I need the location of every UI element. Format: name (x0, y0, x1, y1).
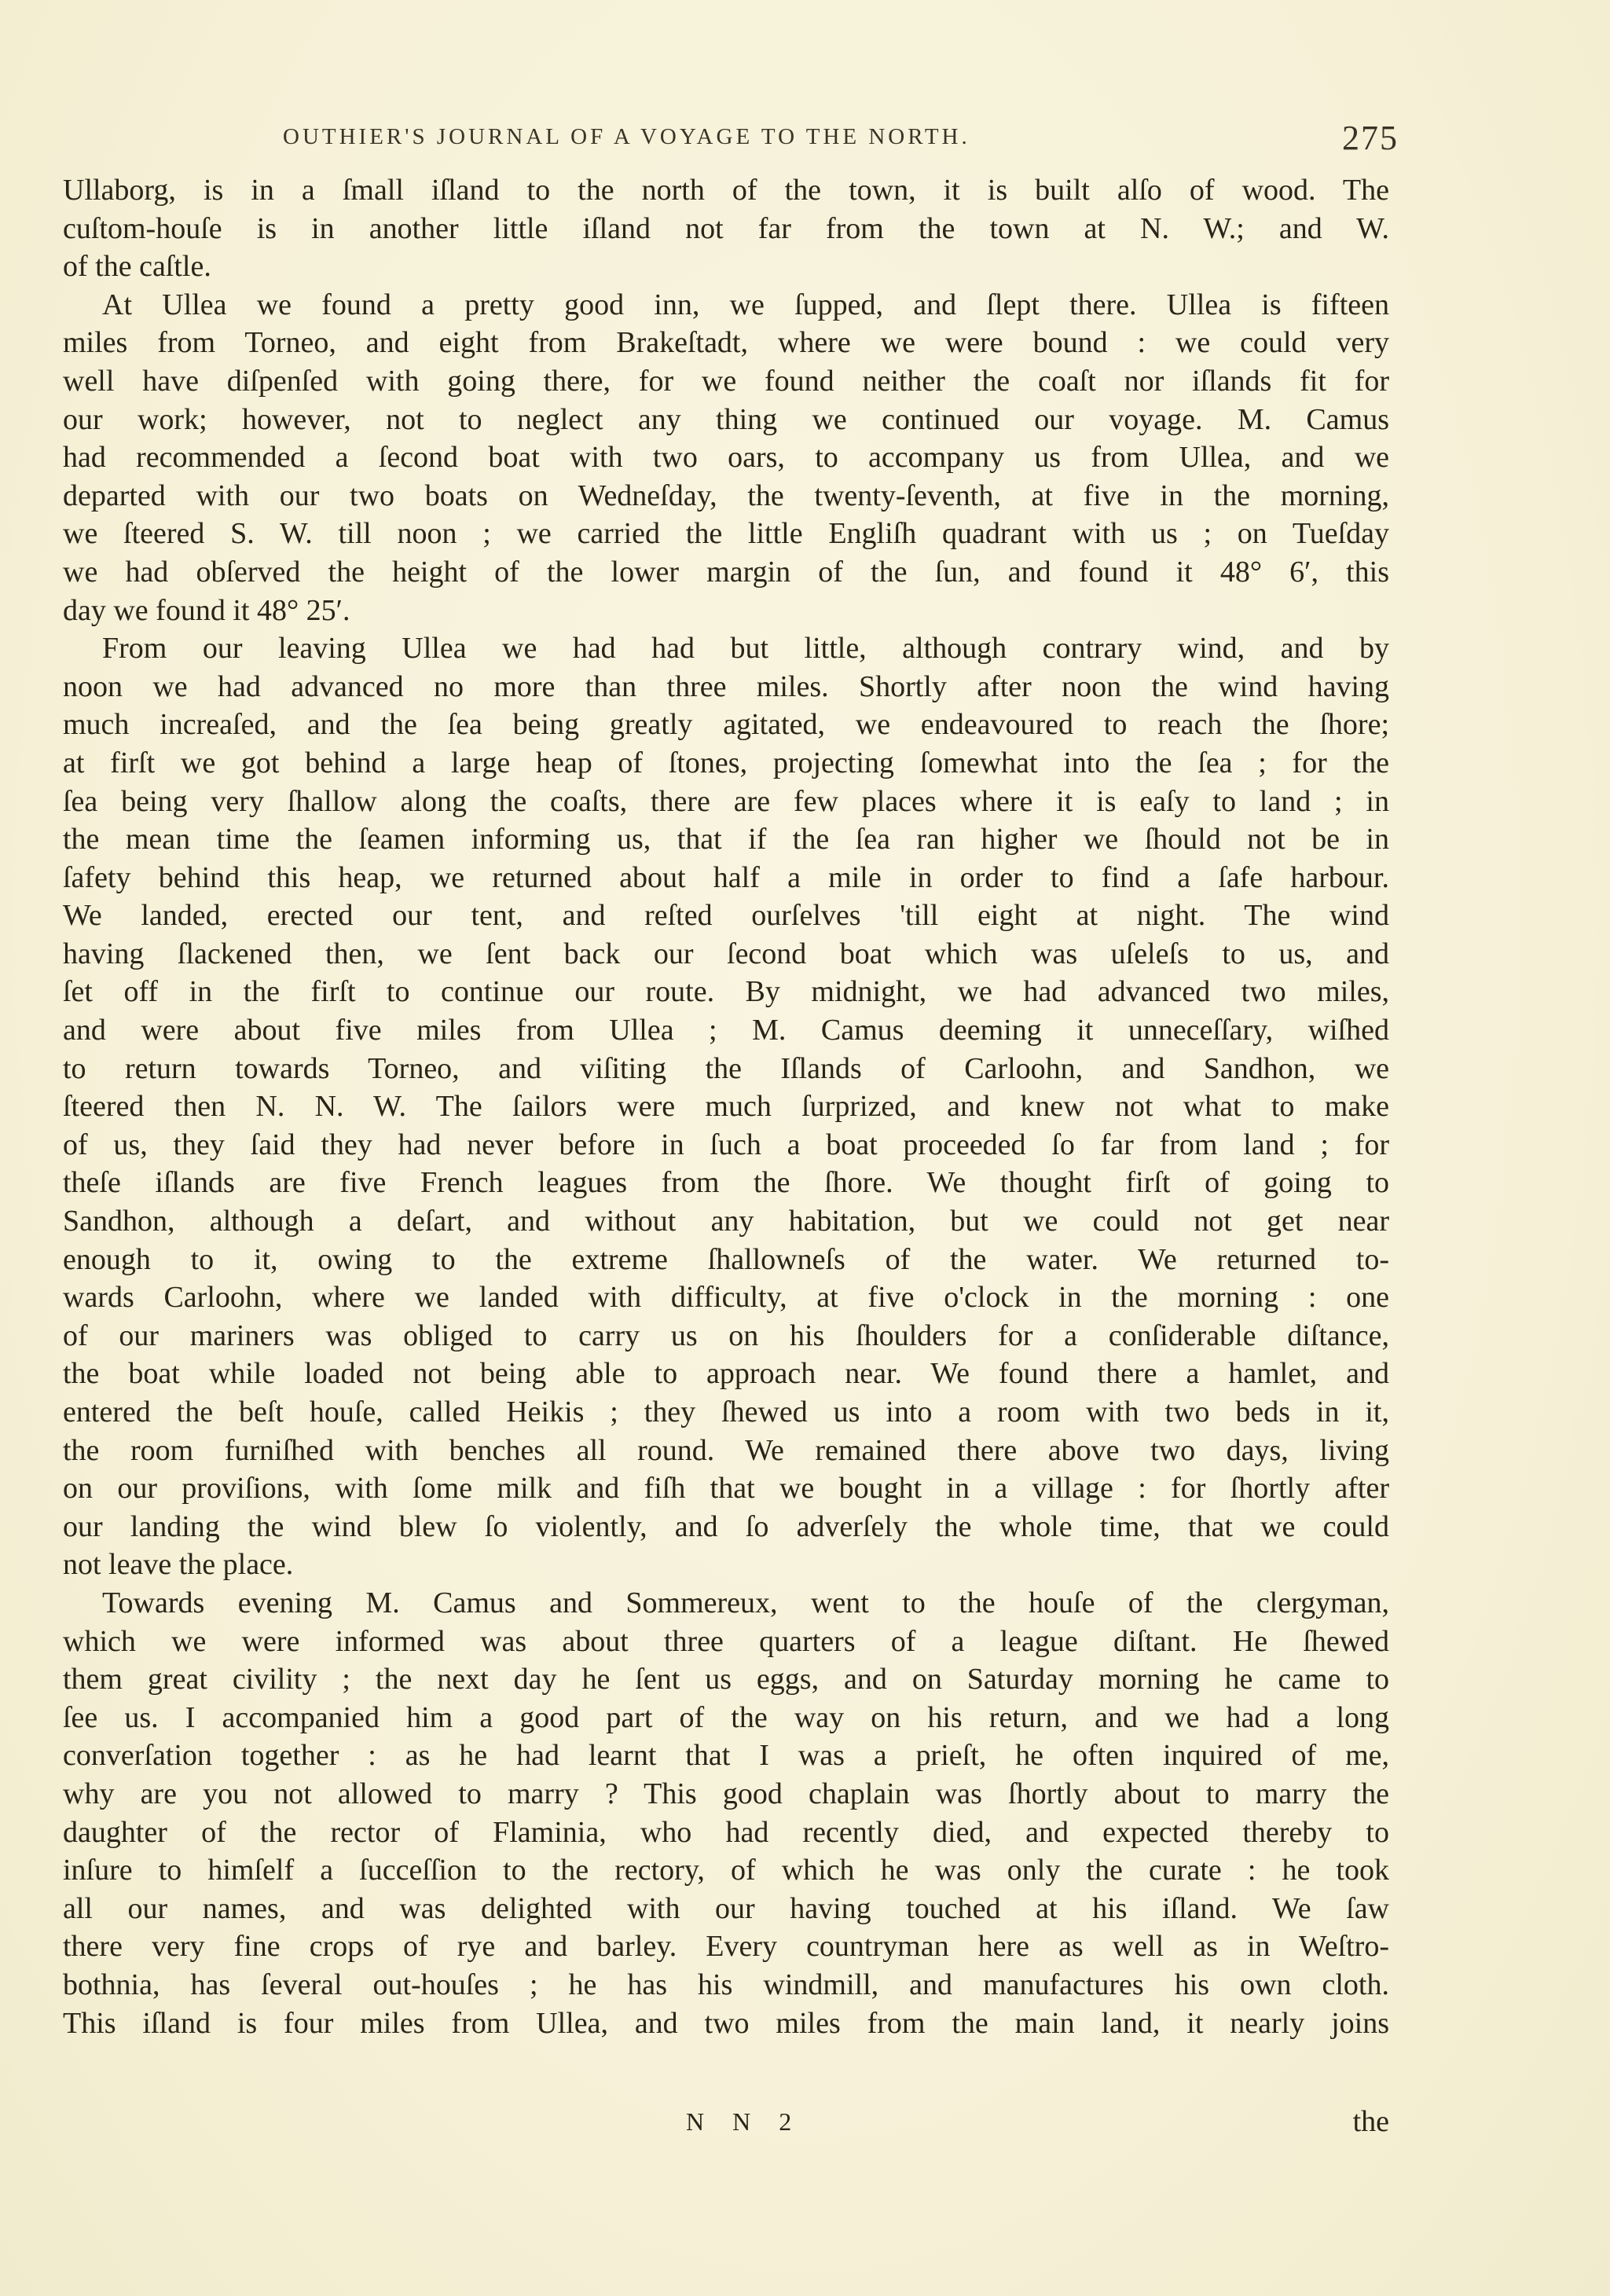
text-line: ſee us. I accompanied him a good part of… (63, 1699, 1389, 1737)
text-line: ſteered then N. N. W. The ſailors were m… (63, 1087, 1389, 1126)
text-line: theſe iſlands are five French leagues fr… (63, 1164, 1389, 1202)
running-title: OUTHIER'S JOURNAL OF A VOYAGE TO THE NOR… (283, 124, 970, 150)
text-line: on our proviſions, with ſome milk and fi… (63, 1469, 1389, 1508)
text-line: and were about five miles from Ullea ; M… (63, 1011, 1389, 1050)
text-line: which we were informed was about three q… (63, 1623, 1389, 1661)
page-number: 275 (1342, 118, 1399, 158)
text-line: all our names, and was delighted with ou… (63, 1890, 1389, 1928)
text-line: daughter of the rector of Flaminia, who … (63, 1814, 1389, 1852)
text-line: This iſland is four miles from Ullea, an… (63, 2004, 1389, 2043)
text-line: the boat while loaded not being able to … (63, 1355, 1389, 1393)
text-line: wards Carloohn, where we landed with dif… (63, 1278, 1389, 1317)
text-line: ſet off in the firſt to continue our rou… (63, 973, 1389, 1011)
text-line: having ſlackened then, we ſent back our … (63, 935, 1389, 974)
text-line: our work; however, not to neglect any th… (63, 401, 1389, 439)
text-line: At Ullea we found a pretty good inn, we … (63, 286, 1389, 325)
signature-mark: N N 2 (686, 2107, 802, 2136)
text-line: well have diſpenſed with going there, fo… (63, 362, 1389, 401)
text-line: much increaſed, and the ſea being greatl… (63, 706, 1389, 744)
catchword: the (1353, 2104, 1389, 2139)
text-line: inſure to himſelf a ſucceſſion to the re… (63, 1851, 1389, 1890)
text-line: entered the beſt houſe, called Heikis ; … (63, 1393, 1389, 1432)
text-line: them great civility ; the next day he ſe… (63, 1660, 1389, 1699)
text-line: bothnia, has ſeveral out-houſes ; he has… (63, 1966, 1389, 2004)
text-line: miles from Torneo, and eight from Brakeſ… (63, 324, 1389, 362)
text-line: of us, they ſaid they had never before i… (63, 1126, 1389, 1165)
text-line: of the caſtle. (63, 248, 1389, 286)
text-line: Ullaborg, is in a ſmall iſland to the no… (63, 171, 1389, 210)
text-line: the mean time the ſeamen informing us, t… (63, 820, 1389, 859)
text-line: ſea being very ſhallow along the coaſts,… (63, 783, 1389, 821)
text-line: We landed, erected our tent, and reſted … (63, 897, 1389, 935)
text-line: Towards evening M. Camus and Sommereux, … (63, 1584, 1389, 1623)
running-head: OUTHIER'S JOURNAL OF A VOYAGE TO THE NOR… (283, 118, 1399, 157)
text-line: not leave the place. (63, 1546, 1389, 1584)
text-line: Sandhon, although a deſart, and without … (63, 1202, 1389, 1241)
text-line: we ſteered S. W. till noon ; we carried … (63, 515, 1389, 553)
text-line: the room furniſhed with benches all roun… (63, 1432, 1389, 1470)
text-line: day we found it 48° 25′. (63, 592, 1389, 630)
body-text: Ullaborg, is in a ſmall iſland to the no… (63, 171, 1389, 2042)
text-line: at firſt we got behind a large heap of ſ… (63, 744, 1389, 783)
text-line: converſation together : as he had learnt… (63, 1737, 1389, 1775)
text-line: to return towards Torneo, and viſiting t… (63, 1050, 1389, 1088)
page-footer: N N 2 the (63, 2107, 1389, 2147)
text-line: cuſtom-houſe is in another little iſland… (63, 210, 1389, 248)
text-line: we had obſerved the height of the lower … (63, 553, 1389, 592)
text-line: why are you not allowed to marry ? This … (63, 1775, 1389, 1814)
text-line: ſafety behind this heap, we returned abo… (63, 859, 1389, 897)
text-line: noon we had advanced no more than three … (63, 668, 1389, 706)
text-line: enough to it, owing to the extreme ſhall… (63, 1241, 1389, 1279)
text-line: departed with our two boats on Wedneſday… (63, 477, 1389, 515)
text-line: had recommended a ſecond boat with two o… (63, 438, 1389, 477)
text-line: there very fine crops of rye and barley.… (63, 1927, 1389, 1966)
book-page: OUTHIER'S JOURNAL OF A VOYAGE TO THE NOR… (0, 0, 1610, 2296)
text-line: our landing the wind blew ſo violently, … (63, 1508, 1389, 1546)
text-line: From our leaving Ullea we had had but li… (63, 629, 1389, 668)
text-line: of our mariners was obliged to carry us … (63, 1317, 1389, 1355)
